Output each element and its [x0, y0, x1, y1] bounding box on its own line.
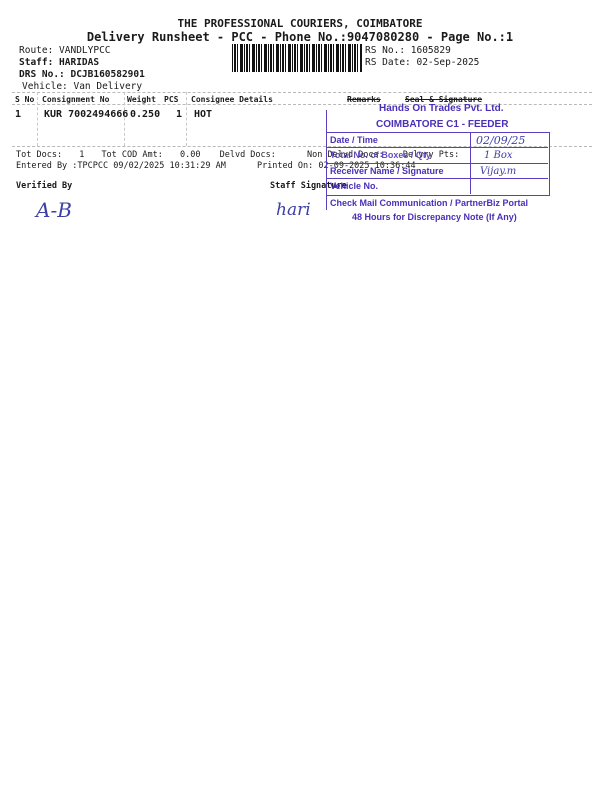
stamp-vehicle-label: Vehicle No. — [330, 181, 378, 191]
verified-by-label: Verified By — [16, 181, 72, 191]
rs-number: RS No.: 1605829 — [365, 45, 451, 56]
staff-signature: hari — [276, 200, 311, 220]
col-header-sno: S No — [15, 95, 34, 104]
tot-docs-label: Tot Docs: — [16, 150, 62, 160]
cell-consignment-no: KUR 7002494666 — [44, 109, 128, 120]
stamp-company: Hands On Trades Pvt. Ltd. — [379, 103, 503, 114]
col-header-consignee: Consignee Details — [191, 95, 273, 104]
rs-date: RS Date: 02-Sep-2025 — [365, 57, 479, 68]
col-header-consignment: Consignment No — [42, 95, 109, 104]
stamp-row-divider — [326, 178, 548, 179]
route-label: Route: VANDLYPCC — [19, 45, 111, 56]
stamp-receiver-label: Receiver Name / Signature — [330, 166, 444, 176]
delvd-docs-label: Delvd Docs: — [220, 150, 276, 160]
stamp-note-discrepancy: 48 Hours for Discrepancy Note (If Any) — [352, 212, 517, 222]
stamp-receiver-value: Vijay.m — [480, 166, 516, 177]
runsheet-title: Delivery Runsheet - PCC - Phone No.:9047… — [0, 30, 600, 44]
stamp-date-label: Date / Time — [330, 135, 378, 145]
table-top-border — [12, 92, 592, 93]
vehicle-label: Vehicle: Van Delivery — [22, 81, 142, 92]
barcode — [232, 44, 362, 72]
cell-sno: 1 — [15, 109, 21, 120]
stamp-boxes-value: 1 Box — [484, 150, 513, 161]
cell-pcs: 1 — [176, 109, 182, 120]
stamp-col-divider — [470, 132, 471, 194]
entered-by: Entered By :TPCPCC 09/02/2025 10:31:29 A… — [16, 161, 226, 171]
col-header-remarks: Remarks — [347, 95, 381, 104]
tot-cod-label: Tot COD Amt: — [101, 150, 162, 160]
stamp-row-divider — [326, 147, 548, 148]
stamp-date-value: 02/09/25 — [476, 134, 525, 147]
staff-label: Staff: HARIDAS — [19, 57, 99, 68]
cell-weight: 0.250 — [130, 109, 160, 120]
stamp-branch: COIMBATORE C1 - FEEDER — [376, 119, 508, 130]
col-divider — [186, 92, 187, 146]
table-header-border — [12, 104, 592, 105]
cell-consignee: HOT — [194, 109, 212, 120]
tot-docs-value: 1 — [79, 150, 84, 160]
stamp-row-divider — [326, 163, 548, 164]
tot-cod-value: 0.00 — [180, 150, 200, 160]
col-header-weight: Weight — [127, 95, 156, 104]
col-header-pcs: PCS — [164, 95, 178, 104]
stamp-note-mail: Check Mail Communication / PartnerBiz Po… — [330, 198, 528, 208]
verified-signature: A-B — [36, 198, 72, 222]
col-divider — [37, 92, 38, 146]
drs-number: DRS No.: DCJB160582901 — [19, 69, 145, 80]
company-title: THE PROFESSIONAL COURIERS, COIMBATORE — [0, 17, 600, 30]
stamp-boxes-label: Total No. of Boxes / Qty — [330, 150, 431, 160]
